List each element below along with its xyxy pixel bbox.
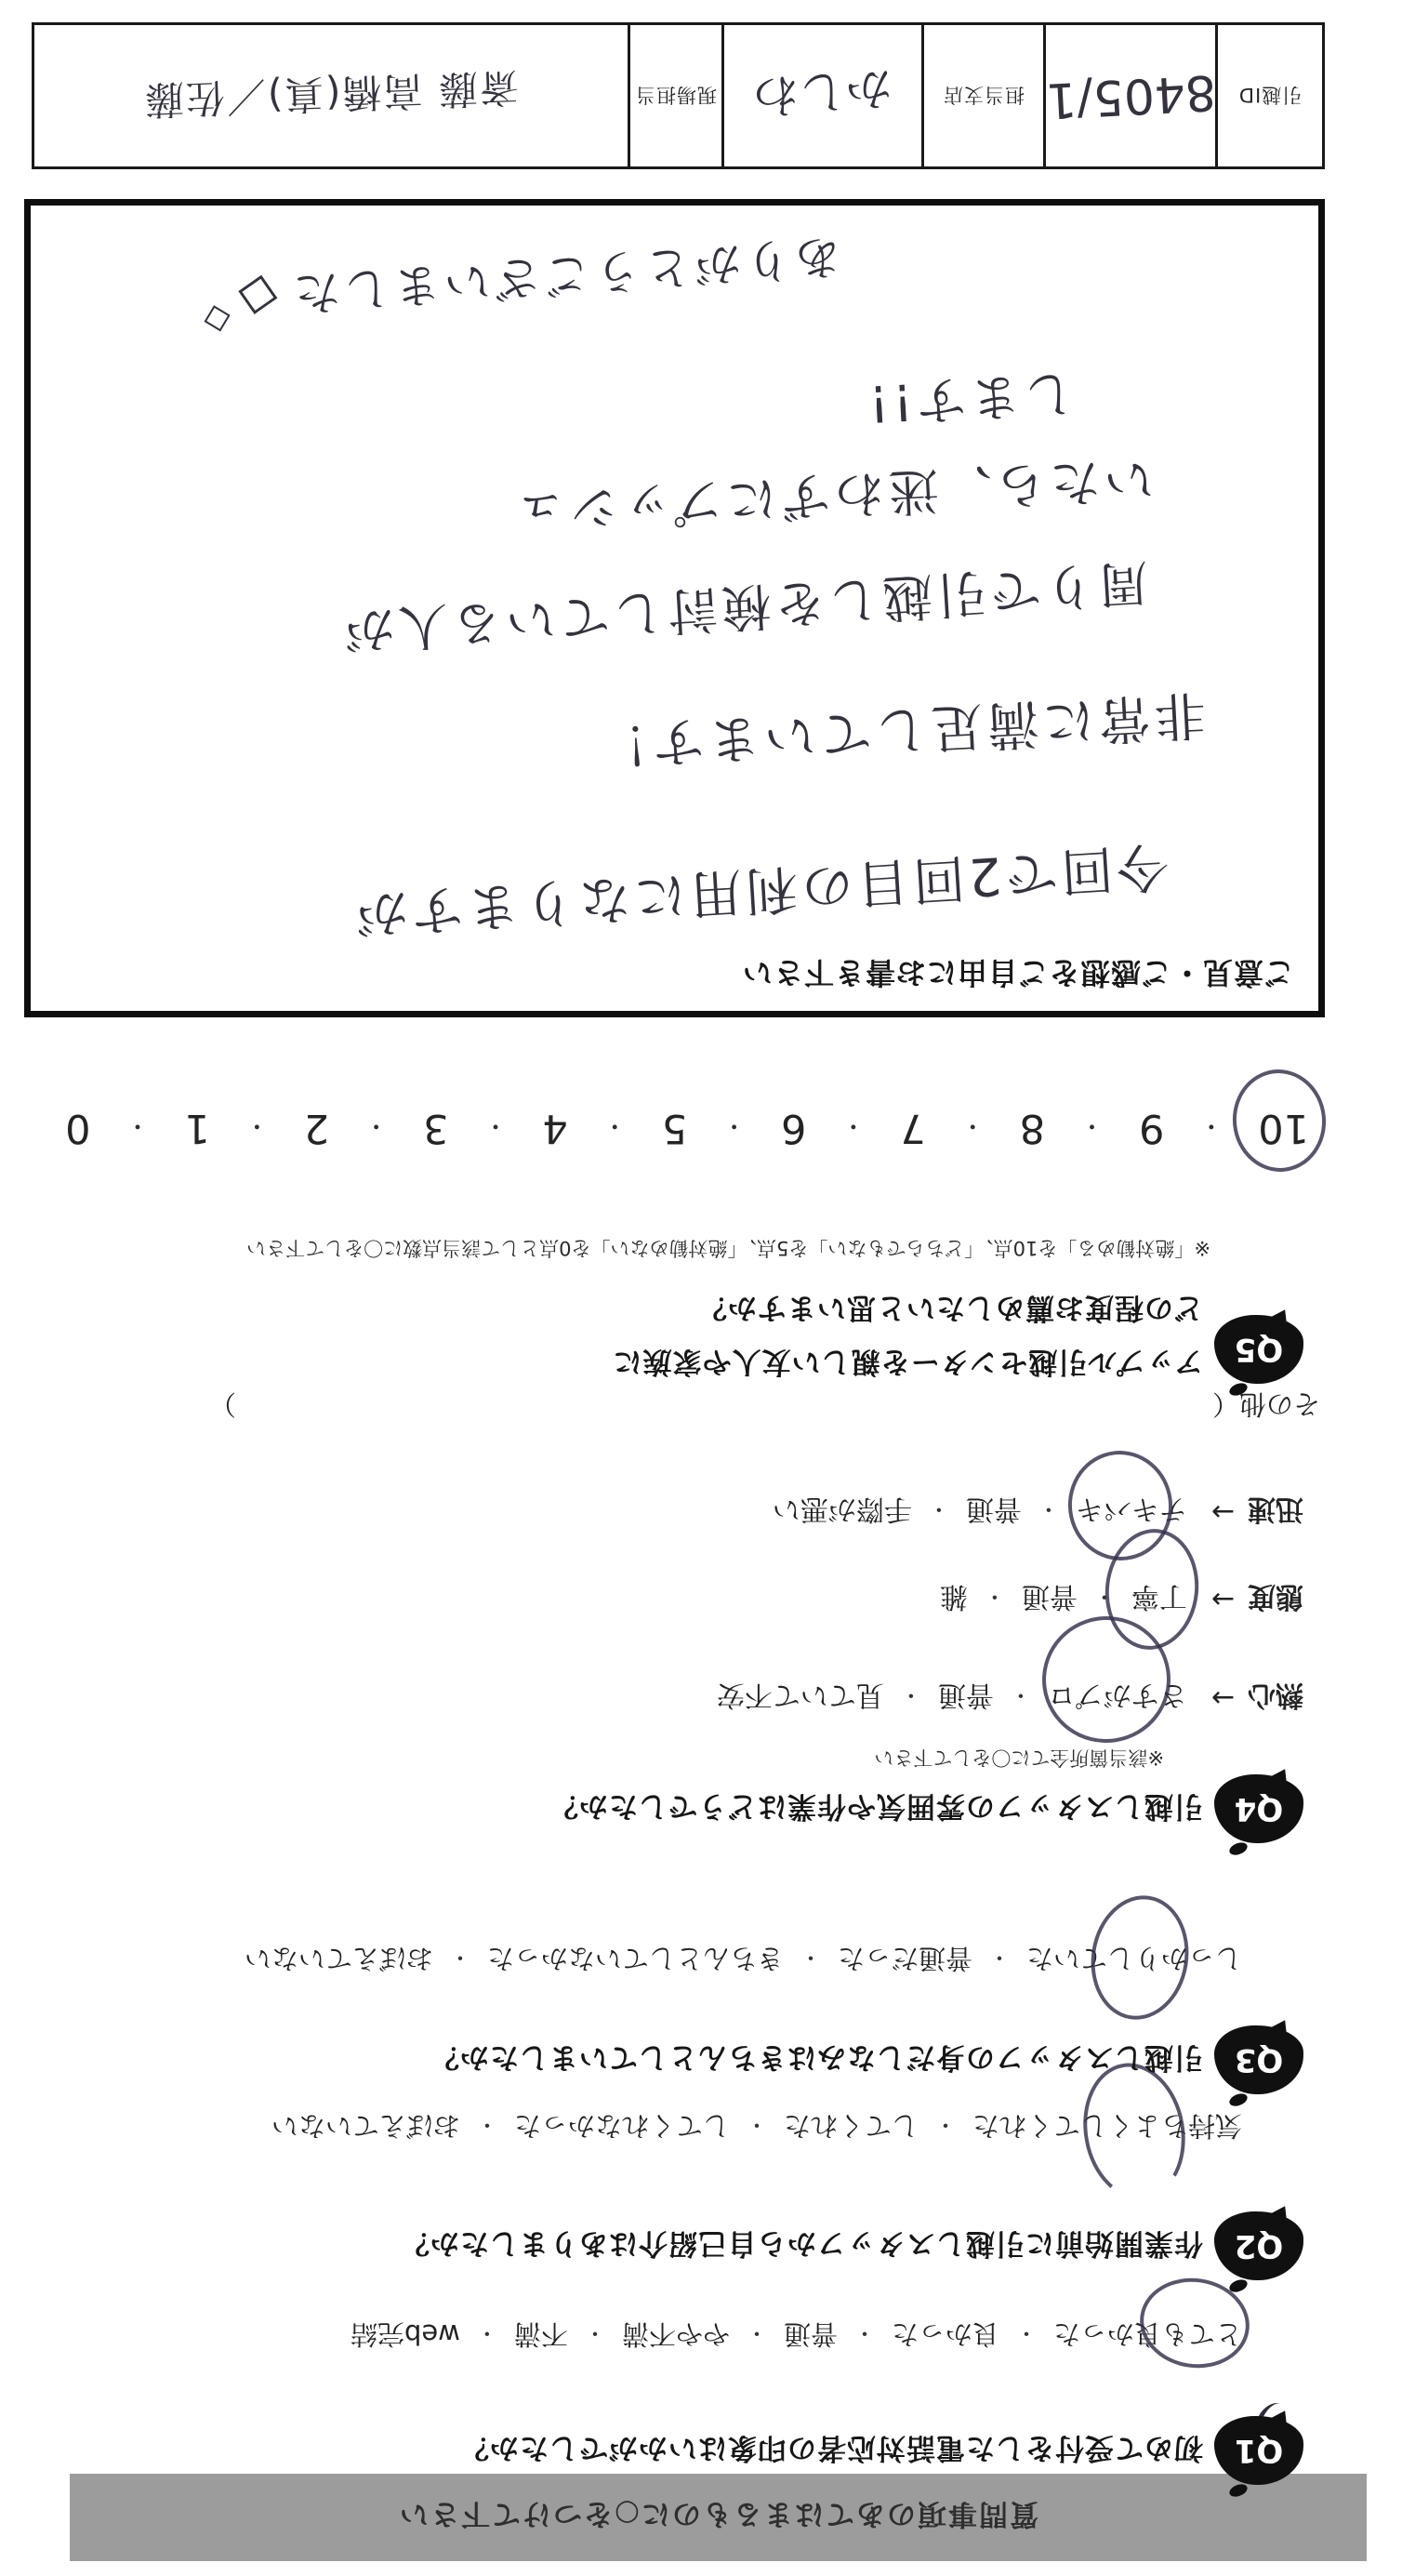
- option-text: さすがプロ: [1048, 1679, 1187, 1711]
- q3-options: しっかりしていた ・ 普通だった ・ きちんとしていなかった ・ おぼえていない: [245, 1941, 1242, 1979]
- q2-options: 気持ちよくしてくれた ・ してくれた ・ してくれなかった ・ おぼえていない: [271, 2108, 1242, 2146]
- branch-label-cell: 担当支店: [924, 25, 1046, 166]
- q4-option: 雑: [940, 1579, 968, 1620]
- q4-row2-selected: 丁寧: [1131, 1579, 1187, 1620]
- q4-row1-selected: さすがプロ: [1048, 1678, 1187, 1719]
- instruction-bar: 質問事項のあてはまるものに○をつけて下さい: [70, 2474, 1367, 2561]
- scale-number: 5: [662, 1105, 687, 1151]
- q4-label: Q4: [1235, 1790, 1284, 1827]
- q1-label: Q1: [1235, 2432, 1284, 2469]
- row-label: 迅速: [1248, 1492, 1303, 1533]
- branch-value-cell: かしわ: [724, 25, 924, 166]
- q3-option: おぼえていない: [245, 1941, 433, 1979]
- handwritten-line-1: 今回で2回目の利用になりますが: [350, 831, 1171, 956]
- q5-label: Q5: [1235, 1331, 1284, 1368]
- other-label: その他: [1239, 1387, 1320, 1425]
- q4-option: 手際が悪い: [773, 1492, 912, 1533]
- q4-option: 見ていて不安: [717, 1678, 884, 1719]
- sparkle-diamond-icon: ◇: [196, 299, 236, 346]
- scale-number: 4: [542, 1105, 567, 1151]
- q4-other-row: その他 （ ）: [209, 1387, 1320, 1425]
- q5-note: ※「絶対勧める」を10点、「どちらでもない」を5点、「絶対勧めない」を0点として…: [246, 1235, 1210, 1263]
- q4-option: 普通: [966, 1492, 1022, 1533]
- q3-label: Q3: [1235, 2041, 1284, 2078]
- q1-option: 普通: [784, 2317, 838, 2355]
- q2-option-selected: 気持ちよくしてくれた: [972, 2108, 1242, 2146]
- branch-label: 担当支店: [943, 82, 1025, 110]
- thanks-text: ありがとうございました: [288, 229, 843, 321]
- q4-row-jinsoku: 迅速 → テキパキ ・ 普通 ・ 手際が悪い: [773, 1492, 1303, 1533]
- rating-scale-row: 10 ・ 9 ・ 8 ・ 7 ・ 6 ・ 5 ・ 4 ・ 3 ・ 2 ・ 1 ・…: [65, 1105, 1309, 1151]
- scanned-survey-sheet: 質問事項のあてはまるものに○をつけて下さい Q1 初めて受付をした電話対応者の印…: [0, 0, 1402, 2576]
- q4-option: 普通: [938, 1678, 994, 1719]
- scale-number: 2: [304, 1105, 329, 1151]
- handwritten-line-3: 周りで引越しを検討している人が: [338, 551, 1150, 671]
- scale-number: 0: [65, 1105, 90, 1151]
- option-text: 丁寧: [1131, 1580, 1187, 1613]
- id-value-handwritten: 28405/11: [1046, 62, 1218, 130]
- sparkle-diamond-icon: ◇: [229, 264, 283, 331]
- instruction-text: 質問事項のあてはまるものに○をつけて下さい: [398, 2497, 1038, 2539]
- crew-label: 現場担当: [635, 82, 717, 110]
- scale-selected-10: 10: [1258, 1105, 1309, 1151]
- comment-box-label: ご意見・ご感想をご自由にお書き下さい: [742, 953, 1294, 996]
- q1-title: 初めて受付をした電話対応者の印象はいかがでしたか？: [459, 2430, 1203, 2472]
- row-label: 熱心: [1248, 1678, 1303, 1719]
- header-table: 引越ID 28405/11 担当支店 かしわ 現場担当 斎藤 高橋(真)／佐藤: [32, 22, 1325, 169]
- scale-number: 9: [1139, 1105, 1164, 1151]
- q3-bubble-icon: Q3: [1214, 2025, 1303, 2094]
- scale-number: 1: [184, 1105, 209, 1151]
- option-text: しっかりしていた: [1026, 1943, 1242, 1974]
- q4-row3-selected: テキパキ: [1076, 1492, 1187, 1533]
- q2-option: おぼえていない: [271, 2108, 460, 2146]
- scale-number: 10: [1258, 1105, 1309, 1151]
- q4-row-taido: 態度 → 丁寧 ・ 普通 ・ 雑: [940, 1579, 1303, 1620]
- survey-document-rotated-180: 質問事項のあてはまるものに○をつけて下さい Q1 初めて受付をした電話対応者の印…: [0, 0, 1402, 2576]
- q4-note: ※該当箇所全てに〇をして下さい: [874, 1745, 1164, 1773]
- arrow-glyph: →: [1211, 1496, 1235, 1529]
- option-text: テキパキ: [1076, 1493, 1187, 1525]
- paren-close: ）: [209, 1387, 236, 1425]
- q2-label: Q2: [1235, 2227, 1284, 2264]
- q3-option-selected: しっかりしていた: [1026, 1941, 1242, 1979]
- q1-options: とても良かった ・ 良かった ・ 普通 ・ やや不満 ・ 不満 ・ web完結: [350, 2317, 1242, 2355]
- q4-bubble-icon: Q4: [1214, 1774, 1303, 1843]
- option-text: とても良かった: [1053, 2318, 1242, 2350]
- q1-option: 良かった: [892, 2317, 999, 2355]
- handwritten-line-6: ありがとうございました◇◇: [197, 226, 844, 343]
- scale-number: 3: [423, 1105, 448, 1151]
- q2-bubble-icon: Q2: [1214, 2211, 1303, 2280]
- q5-title-line2: どの程度お薦めしたいと思いますか？: [697, 1290, 1203, 1332]
- comment-box: ご意見・ご感想をご自由にお書き下さい 今回で2回目の利用になりますが 非常に満足…: [24, 199, 1325, 1017]
- scale-number: 6: [781, 1105, 806, 1151]
- q3-option: 普通だった: [838, 1941, 972, 1979]
- scale-number: 8: [1020, 1105, 1045, 1151]
- q1-option: 不満: [514, 2317, 568, 2355]
- scale-number: 7: [900, 1105, 925, 1151]
- crew-value-handwritten: 斎藤 高橋(真)／佐藤: [142, 61, 520, 130]
- crew-label-cell: 現場担当: [630, 25, 724, 166]
- id-label: 引越ID: [1238, 82, 1302, 110]
- q3-title: 引越しスタッフの身だしなみはきちんとしていましたか？: [430, 2039, 1203, 2081]
- q1-option: web完結: [350, 2317, 460, 2355]
- q4-option: 普通: [1022, 1579, 1078, 1620]
- handwritten-line-2: 非常に満足しています！: [591, 681, 1208, 787]
- id-value-cell: 28405/11: [1046, 25, 1218, 166]
- handwritten-line-5: します!!: [864, 361, 1077, 444]
- branch-value-handwritten: かしわ: [751, 58, 895, 134]
- q5-bubble-icon: Q5: [1214, 1315, 1303, 1384]
- q1-option-selected: とても良かった: [1053, 2317, 1242, 2355]
- row-label: 態度: [1248, 1579, 1303, 1620]
- option-text: 気持ちよくしてくれた: [972, 2110, 1242, 2142]
- crew-value-cell: 斎藤 高橋(真)／佐藤: [34, 25, 630, 166]
- q1-option: やや不満: [622, 2317, 730, 2355]
- q4-row-nesshin: 熱心 → さすがプロ ・ 普通 ・ 見ていて不安: [717, 1678, 1303, 1719]
- q2-title: 作業開始前に引越しスタッフから自己紹介はありましたか？: [400, 2225, 1203, 2267]
- q4-title: 引越しスタッフの雰囲気や作業はどうでしたか？: [549, 1788, 1203, 1830]
- q2-option: してくれなかった: [514, 2108, 730, 2146]
- id-label-cell: 引越ID: [1218, 25, 1322, 166]
- q5-title-line1: アップル引越センターを親しい友人や家族に: [613, 1344, 1203, 1386]
- arrow-glyph: →: [1211, 1584, 1235, 1616]
- q2-option: してくれた: [784, 2108, 919, 2146]
- arrow-glyph: →: [1211, 1682, 1235, 1715]
- q3-option: きちんとしていなかった: [487, 1941, 784, 1979]
- handwritten-line-4: いたら、迷わずにプッシュ: [510, 446, 1156, 551]
